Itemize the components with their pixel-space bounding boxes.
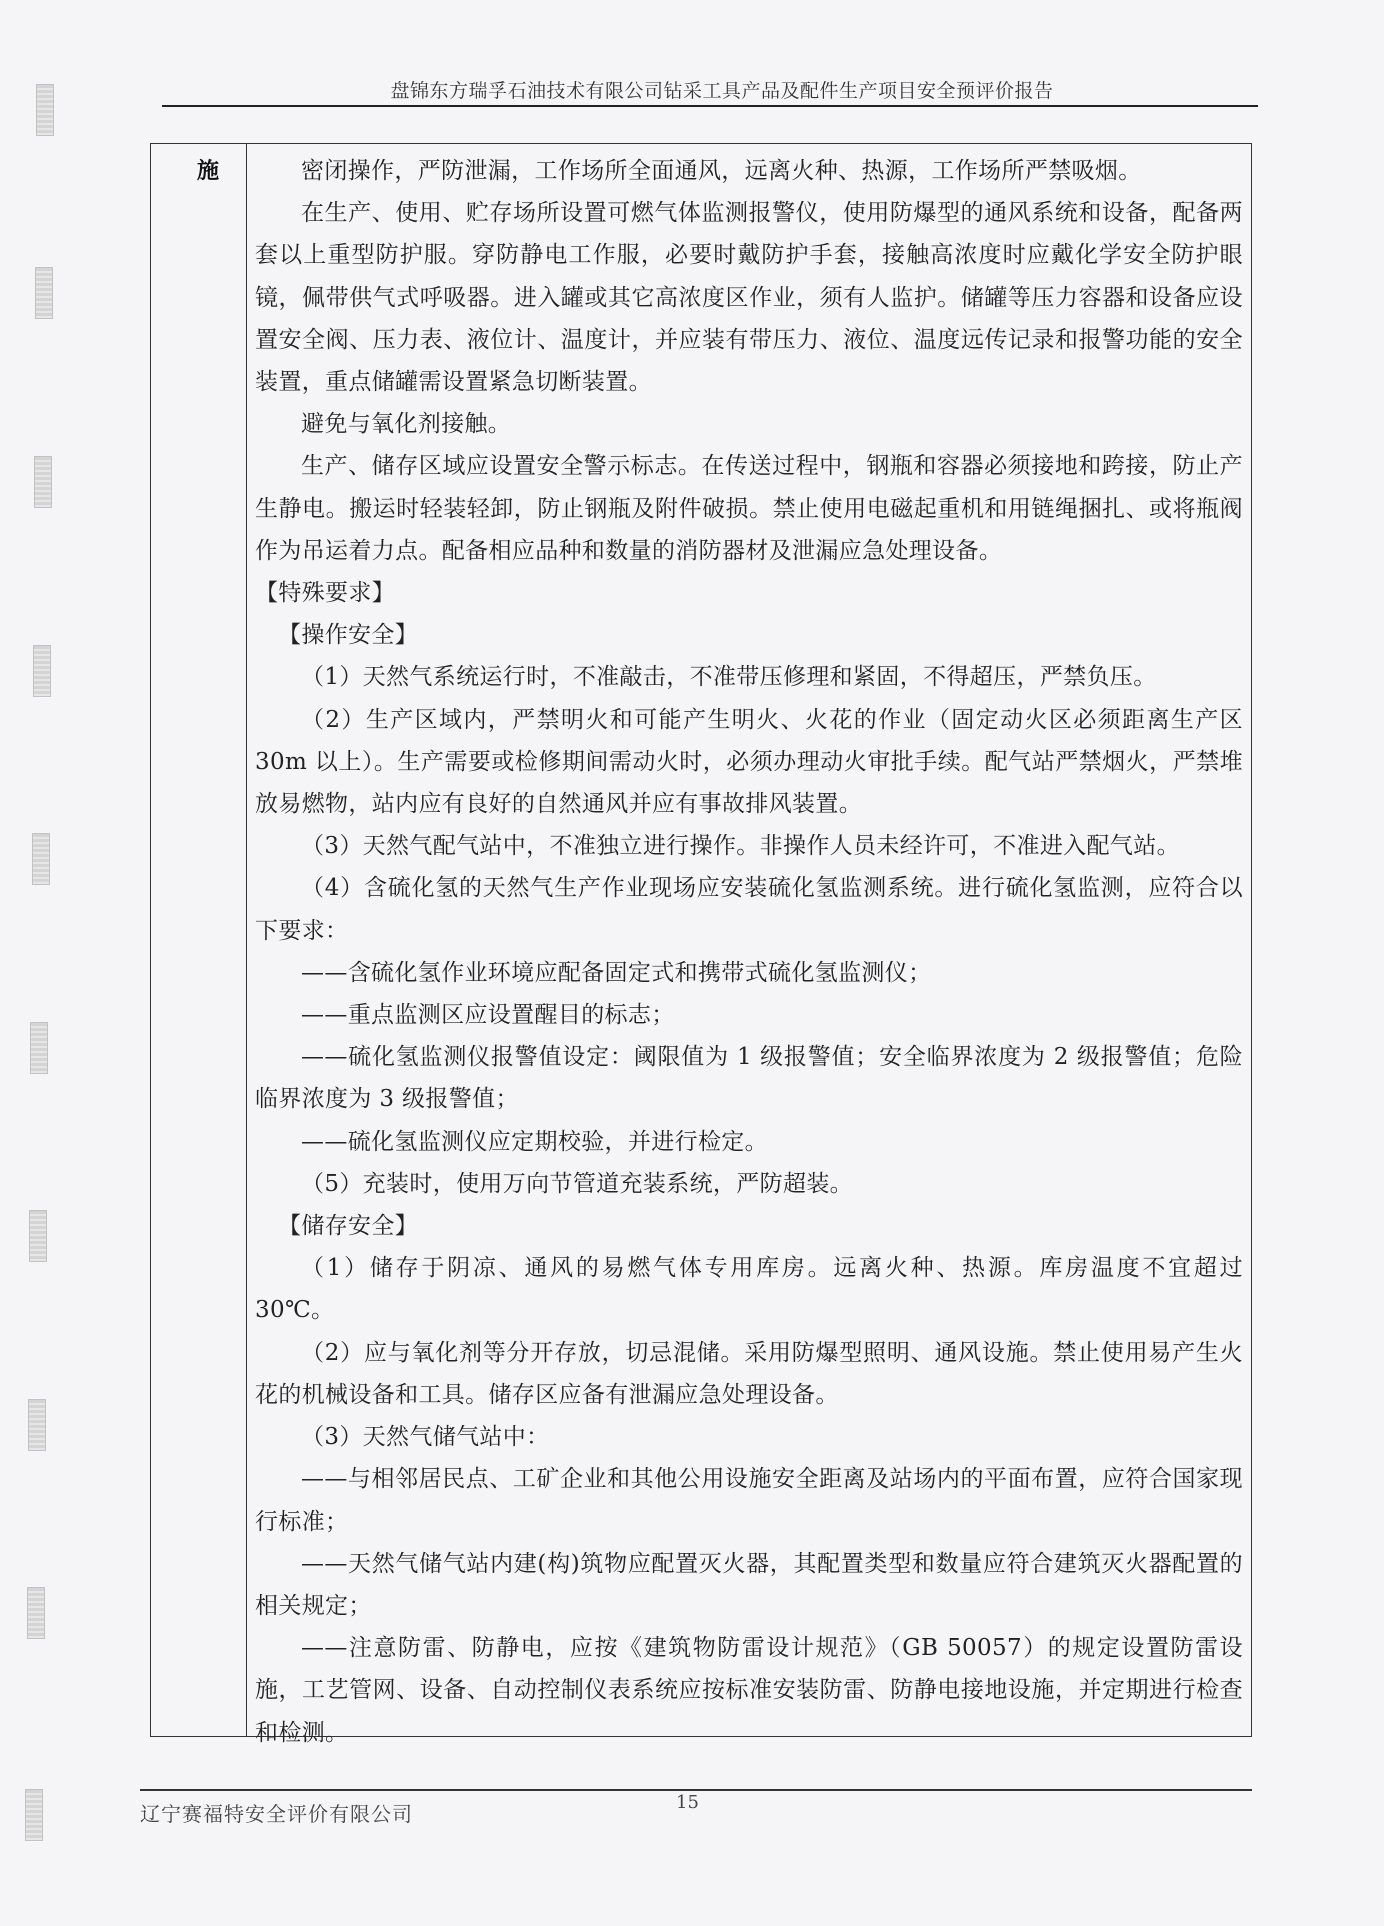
content-paragraph: ——硫化氢监测仪报警值设定：阈限值为 1 级报警值；安全临界浓度为 2 级报警值… — [255, 1036, 1243, 1120]
binding-mark — [36, 84, 54, 136]
header-divider — [162, 105, 1258, 107]
content-paragraph: （1）天然气系统运行时，不准敲击，不准带压修理和紧固，不得超压，严禁负压。 — [255, 656, 1243, 698]
binding-mark — [32, 833, 50, 885]
measures-table: 施 密闭操作，严防泄漏，工作场所全面通风，远离火种、热源，工作场所严禁吸烟。在生… — [150, 143, 1252, 1737]
content-paragraph: ——天然气储气站内建(构)筑物应配置灭火器，其配置类型和数量应符合建筑灭火器配置… — [255, 1543, 1243, 1627]
binding-mark — [28, 1399, 46, 1451]
binding-mark — [29, 1210, 47, 1262]
content-paragraph: （3）天然气储气站中： — [255, 1416, 1243, 1458]
content-paragraph: （2）生产区域内，严禁明火和可能产生明火、火花的作业（固定动火区必须距离生产区 … — [255, 699, 1243, 826]
binding-mark — [27, 1587, 45, 1639]
content-paragraph: 【储存安全】 — [255, 1205, 1243, 1247]
content-paragraph: ——重点监测区应设置醒目的标志； — [255, 994, 1243, 1036]
footer-divider — [140, 1789, 1252, 1791]
content-paragraph: 密闭操作，严防泄漏，工作场所全面通风，远离火种、热源，工作场所严禁吸烟。 — [255, 150, 1243, 192]
footer-company-name: 辽宁赛福特安全评价有限公司 — [140, 1798, 413, 1827]
binding-mark — [25, 1789, 43, 1841]
report-header-title: 盘锦东方瑞孚石油技术有限公司钻采工具产品及配件生产项目安全预评价报告 — [352, 76, 1092, 103]
binding-mark — [34, 456, 52, 508]
content-paragraph: （1）储存于阴凉、通风的易燃气体专用库房。远离火种、热源。库房温度不宜超过 30… — [255, 1247, 1243, 1331]
content-paragraph: 在生产、使用、贮存场所设置可燃气体监测报警仪，使用防爆型的通风系统和设备，配备两… — [255, 192, 1243, 403]
content-paragraph: （4）含硫化氢的天然气生产作业现场应安装硫化氢监测系统。进行硫化氢监测，应符合以… — [255, 867, 1243, 951]
content-paragraph: ——注意防雷、防静电，应按《建筑物防雷设计规范》（GB 50057）的规定设置防… — [255, 1627, 1243, 1754]
content-paragraph: ——含硫化氢作业环境应配备固定式和携带式硫化氢监测仪； — [255, 952, 1243, 994]
content-paragraph: 【操作安全】 — [255, 614, 1243, 656]
content-paragraph: 【特殊要求】 — [255, 572, 1243, 614]
binding-mark — [35, 267, 53, 319]
binding-mark — [33, 645, 51, 697]
content-paragraph: （3）天然气配气站中，不准独立进行操作。非操作人员未经许可，不准进入配气站。 — [255, 825, 1243, 867]
table-content-cell: 密闭操作，严防泄漏，工作场所全面通风，远离火种、热源，工作场所严禁吸烟。在生产、… — [247, 144, 1251, 1736]
table-label-cell: 施 — [151, 144, 247, 1736]
table-label: 施 — [197, 154, 219, 185]
page-number: 15 — [676, 1792, 699, 1813]
content-paragraph: （5）充装时，使用万向节管道充装系统，严防超装。 — [255, 1163, 1243, 1205]
content-paragraph: （2）应与氧化剂等分开存放，切忌混储。采用防爆型照明、通风设施。禁止使用易产生火… — [255, 1332, 1243, 1416]
content-paragraph: ——与相邻居民点、工矿企业和其他公用设施安全距离及站场内的平面布置，应符合国家现… — [255, 1458, 1243, 1542]
content-paragraph: 生产、储存区域应设置安全警示标志。在传送过程中，钢瓶和容器必须接地和跨接，防止产… — [255, 445, 1243, 572]
content-paragraph: ——硫化氢监测仪应定期校验，并进行检定。 — [255, 1121, 1243, 1163]
content-paragraph: 避免与氧化剂接触。 — [255, 403, 1243, 445]
binding-mark — [30, 1022, 48, 1074]
